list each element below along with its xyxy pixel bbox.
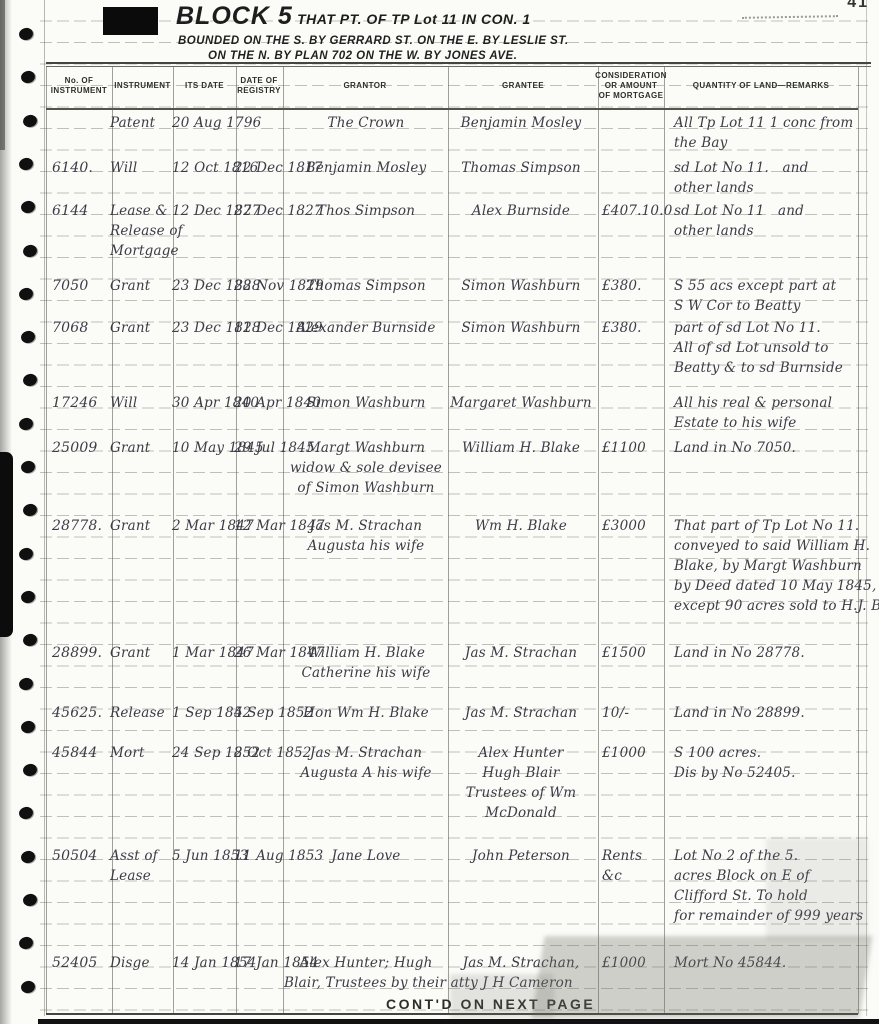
cell-its-date: 30 Apr 1840 — [172, 393, 236, 413]
cell-grantor: Alex Hunter; Hugh Blair, Trustees by the… — [284, 953, 448, 993]
cell-instrument-no: 28899. — [52, 643, 112, 663]
cell-instrument: Grant — [110, 643, 180, 663]
binder-hole — [22, 113, 39, 128]
cell-grantor: William H. Blake Catherine his wife — [284, 643, 448, 683]
scan-smudge — [766, 838, 868, 940]
scan-bottom-edge — [38, 1019, 879, 1024]
pencil-marks — [742, 15, 838, 31]
abstract-index-table: No. OF INSTRUMENT INSTRUMENT ITS DATE DA… — [46, 64, 858, 1016]
cell-instrument-no: 7068 — [52, 318, 112, 338]
cell-instrument: Grant — [110, 318, 180, 338]
binder-hole — [22, 243, 39, 258]
binder-hole — [18, 26, 35, 41]
title-rest: THAT PT. OF TP Lot 11 IN CON. 1 — [293, 11, 531, 27]
cell-its-date: 12 Oct 1816 — [172, 158, 236, 178]
cell-grantor: Jane Love — [284, 846, 448, 866]
cell-consideration: £380. — [602, 276, 664, 296]
cell-grantor: Benjamin Mosley — [284, 158, 448, 178]
binder-hole — [18, 936, 35, 951]
cell-its-date: 10 May 1845 — [172, 438, 236, 458]
cell-grantee: John Peterson — [446, 846, 596, 866]
binder-hole — [22, 892, 39, 907]
cell-its-date: 5 Jun 1853 — [172, 846, 236, 866]
cell-grantee: Alex Hunter Hugh Blair Trustees of Wm Mc… — [446, 743, 596, 823]
cell-its-date: 14 Jan 1854 — [172, 953, 236, 973]
ink-blotch — [0, 452, 13, 637]
binder-hole — [20, 329, 37, 344]
cell-grantor: Thos Simpson — [284, 201, 448, 221]
cell-instrument-no: 45625. — [52, 703, 112, 723]
binder-hole — [20, 459, 37, 474]
binder-hole — [18, 546, 35, 561]
cell-grantee: Thomas Simpson — [446, 158, 596, 178]
scan-smudge — [450, 974, 554, 1018]
cell-instrument: Grant — [110, 276, 180, 296]
binder-hole — [20, 200, 37, 215]
cell-consideration: £3000 — [602, 516, 664, 536]
binder-hole — [18, 806, 35, 821]
scan-smudge — [532, 936, 873, 1018]
binder-hole — [22, 373, 39, 388]
cell-remarks: Land in No 28778. — [674, 643, 858, 663]
cell-consideration: 10/- — [602, 703, 664, 723]
cell-consideration: £1100 — [602, 438, 664, 458]
cell-remarks: sd Lot No 11. and other lands — [674, 158, 858, 198]
cell-its-date: 2 Mar 1847 — [172, 516, 236, 536]
cell-grantee: Jas M. Strachan — [446, 703, 596, 723]
cell-consideration: £407.10.0 — [602, 201, 664, 221]
cell-grantor: Simon Washburn — [284, 393, 448, 413]
cell-instrument-no: 28778. — [52, 516, 112, 536]
binder-hole — [20, 979, 37, 994]
cell-instrument-no: 50504 — [52, 846, 112, 866]
cell-grantor: Jas M. Strachan Augusta his wife — [284, 516, 448, 556]
cell-remarks: sd Lot No 11 and other lands — [674, 201, 858, 241]
cell-grantee: William H. Blake — [446, 438, 596, 458]
boundary-line-2: ON THE N. BY PLAN 702 ON THE W. BY JONES… — [208, 50, 517, 62]
cell-instrument-no: 52405 — [52, 953, 112, 973]
cell-instrument-no: 6144 — [52, 201, 112, 221]
cell-grantee: Simon Washburn — [446, 276, 596, 296]
cell-remarks: All Tp Lot 11 1 conc from the Bay — [674, 113, 858, 153]
cell-grantor: Hon Wm H. Blake — [284, 703, 448, 723]
cell-grantor: Margt Washburn widow & sole devisee of S… — [284, 438, 448, 498]
cell-its-date: 1 Sep 1852 — [172, 703, 236, 723]
cell-remarks: S 55 acs except part at S W Cor to Beatt… — [674, 276, 858, 316]
cell-its-date: 20 Aug 1796 — [172, 113, 236, 133]
binder-hole — [18, 156, 35, 171]
cell-instrument: Will — [110, 393, 180, 413]
cell-remarks: All his real & personal Estate to his wi… — [674, 393, 858, 433]
black-stamp-box — [103, 7, 158, 35]
boundary-line-1: BOUNDED ON THE S. BY GERRARD ST. ON THE … — [178, 35, 569, 47]
cell-its-date: 12 Dec 1827 — [172, 201, 236, 221]
scan-edge-sliver — [0, 0, 5, 150]
cell-remarks: part of sd Lot No 11. All of sd Lot unso… — [674, 318, 858, 378]
cell-instrument-no: 6140. — [52, 158, 112, 178]
cell-grantee: Jas M. Strachan — [446, 643, 596, 663]
cell-its-date: 1 Mar 1847 — [172, 643, 236, 663]
cell-instrument: Asst of Lease — [110, 846, 180, 886]
cell-grantor: Thomas Simpson — [284, 276, 448, 296]
abstract-index-page: 41 BLOCK 5 THAT PT. OF TP Lot 11 IN CON.… — [0, 0, 879, 1024]
cell-grantee: Margaret Washburn — [446, 393, 596, 413]
binder-hole — [20, 589, 37, 604]
cell-instrument-no: 45844 — [52, 743, 112, 763]
cell-instrument-no: 7050 — [52, 276, 112, 296]
cell-grantor: Alexander Burnside — [284, 318, 448, 338]
cell-remarks: Land in No 28899. — [674, 703, 858, 723]
binder-hole — [18, 676, 35, 691]
title-block: BLOCK 5 — [176, 2, 293, 30]
cell-instrument-no: 17246 — [52, 393, 112, 413]
cell-instrument: Mort — [110, 743, 180, 763]
binder-hole — [18, 416, 35, 431]
cell-grantee: Alex Burnside — [446, 201, 596, 221]
page-number: 41 — [847, 0, 869, 12]
cell-consideration: Rents &c — [602, 846, 664, 886]
cell-grantor: The Crown — [284, 113, 448, 133]
cell-instrument: Release — [110, 703, 180, 723]
binder-hole — [20, 70, 37, 85]
cell-instrument: Disge — [110, 953, 180, 973]
cell-instrument: Grant — [110, 438, 180, 458]
binder-hole — [22, 762, 39, 777]
cell-grantee: Simon Washburn — [446, 318, 596, 338]
cell-grantee: Benjamin Mosley — [446, 113, 596, 133]
cell-instrument: Grant — [110, 516, 180, 536]
page-title: BLOCK 5 THAT PT. OF TP Lot 11 IN CON. 1 — [176, 2, 531, 31]
cell-instrument: Patent — [110, 113, 180, 133]
cell-consideration: £1000 — [602, 743, 664, 763]
cell-instrument: Will — [110, 158, 180, 178]
cell-remarks: Land in No 7050. — [674, 438, 858, 458]
table-body: Patent 20 Aug 1796 The Crown Benjamin Mo… — [46, 64, 858, 1016]
binder-hole — [18, 286, 35, 301]
cell-remarks: That part of Tp Lot No 11. conveyed to s… — [674, 516, 858, 616]
binder-hole — [22, 633, 39, 648]
cell-grantee: Wm H. Blake — [446, 516, 596, 536]
cell-consideration: £380. — [602, 318, 664, 338]
cell-instrument-no: 25009 — [52, 438, 112, 458]
cell-remarks: S 100 acres. Dis by No 52405. — [674, 743, 858, 783]
cell-consideration: £1500 — [602, 643, 664, 663]
cell-grantor: Jas M. Strachan Augusta A his wife — [284, 743, 448, 783]
cell-its-date: 24 Sep 1852 — [172, 743, 236, 763]
cell-its-date: 23 Dec 1828 — [172, 276, 236, 296]
cell-its-date: 23 Dec 1828 — [172, 318, 236, 338]
binder-hole — [20, 849, 37, 864]
margin-line — [44, 0, 45, 1016]
binder-hole — [20, 719, 37, 734]
binder-hole — [22, 503, 39, 518]
cell-instrument: Lease & Release of Mortgage — [110, 201, 180, 261]
